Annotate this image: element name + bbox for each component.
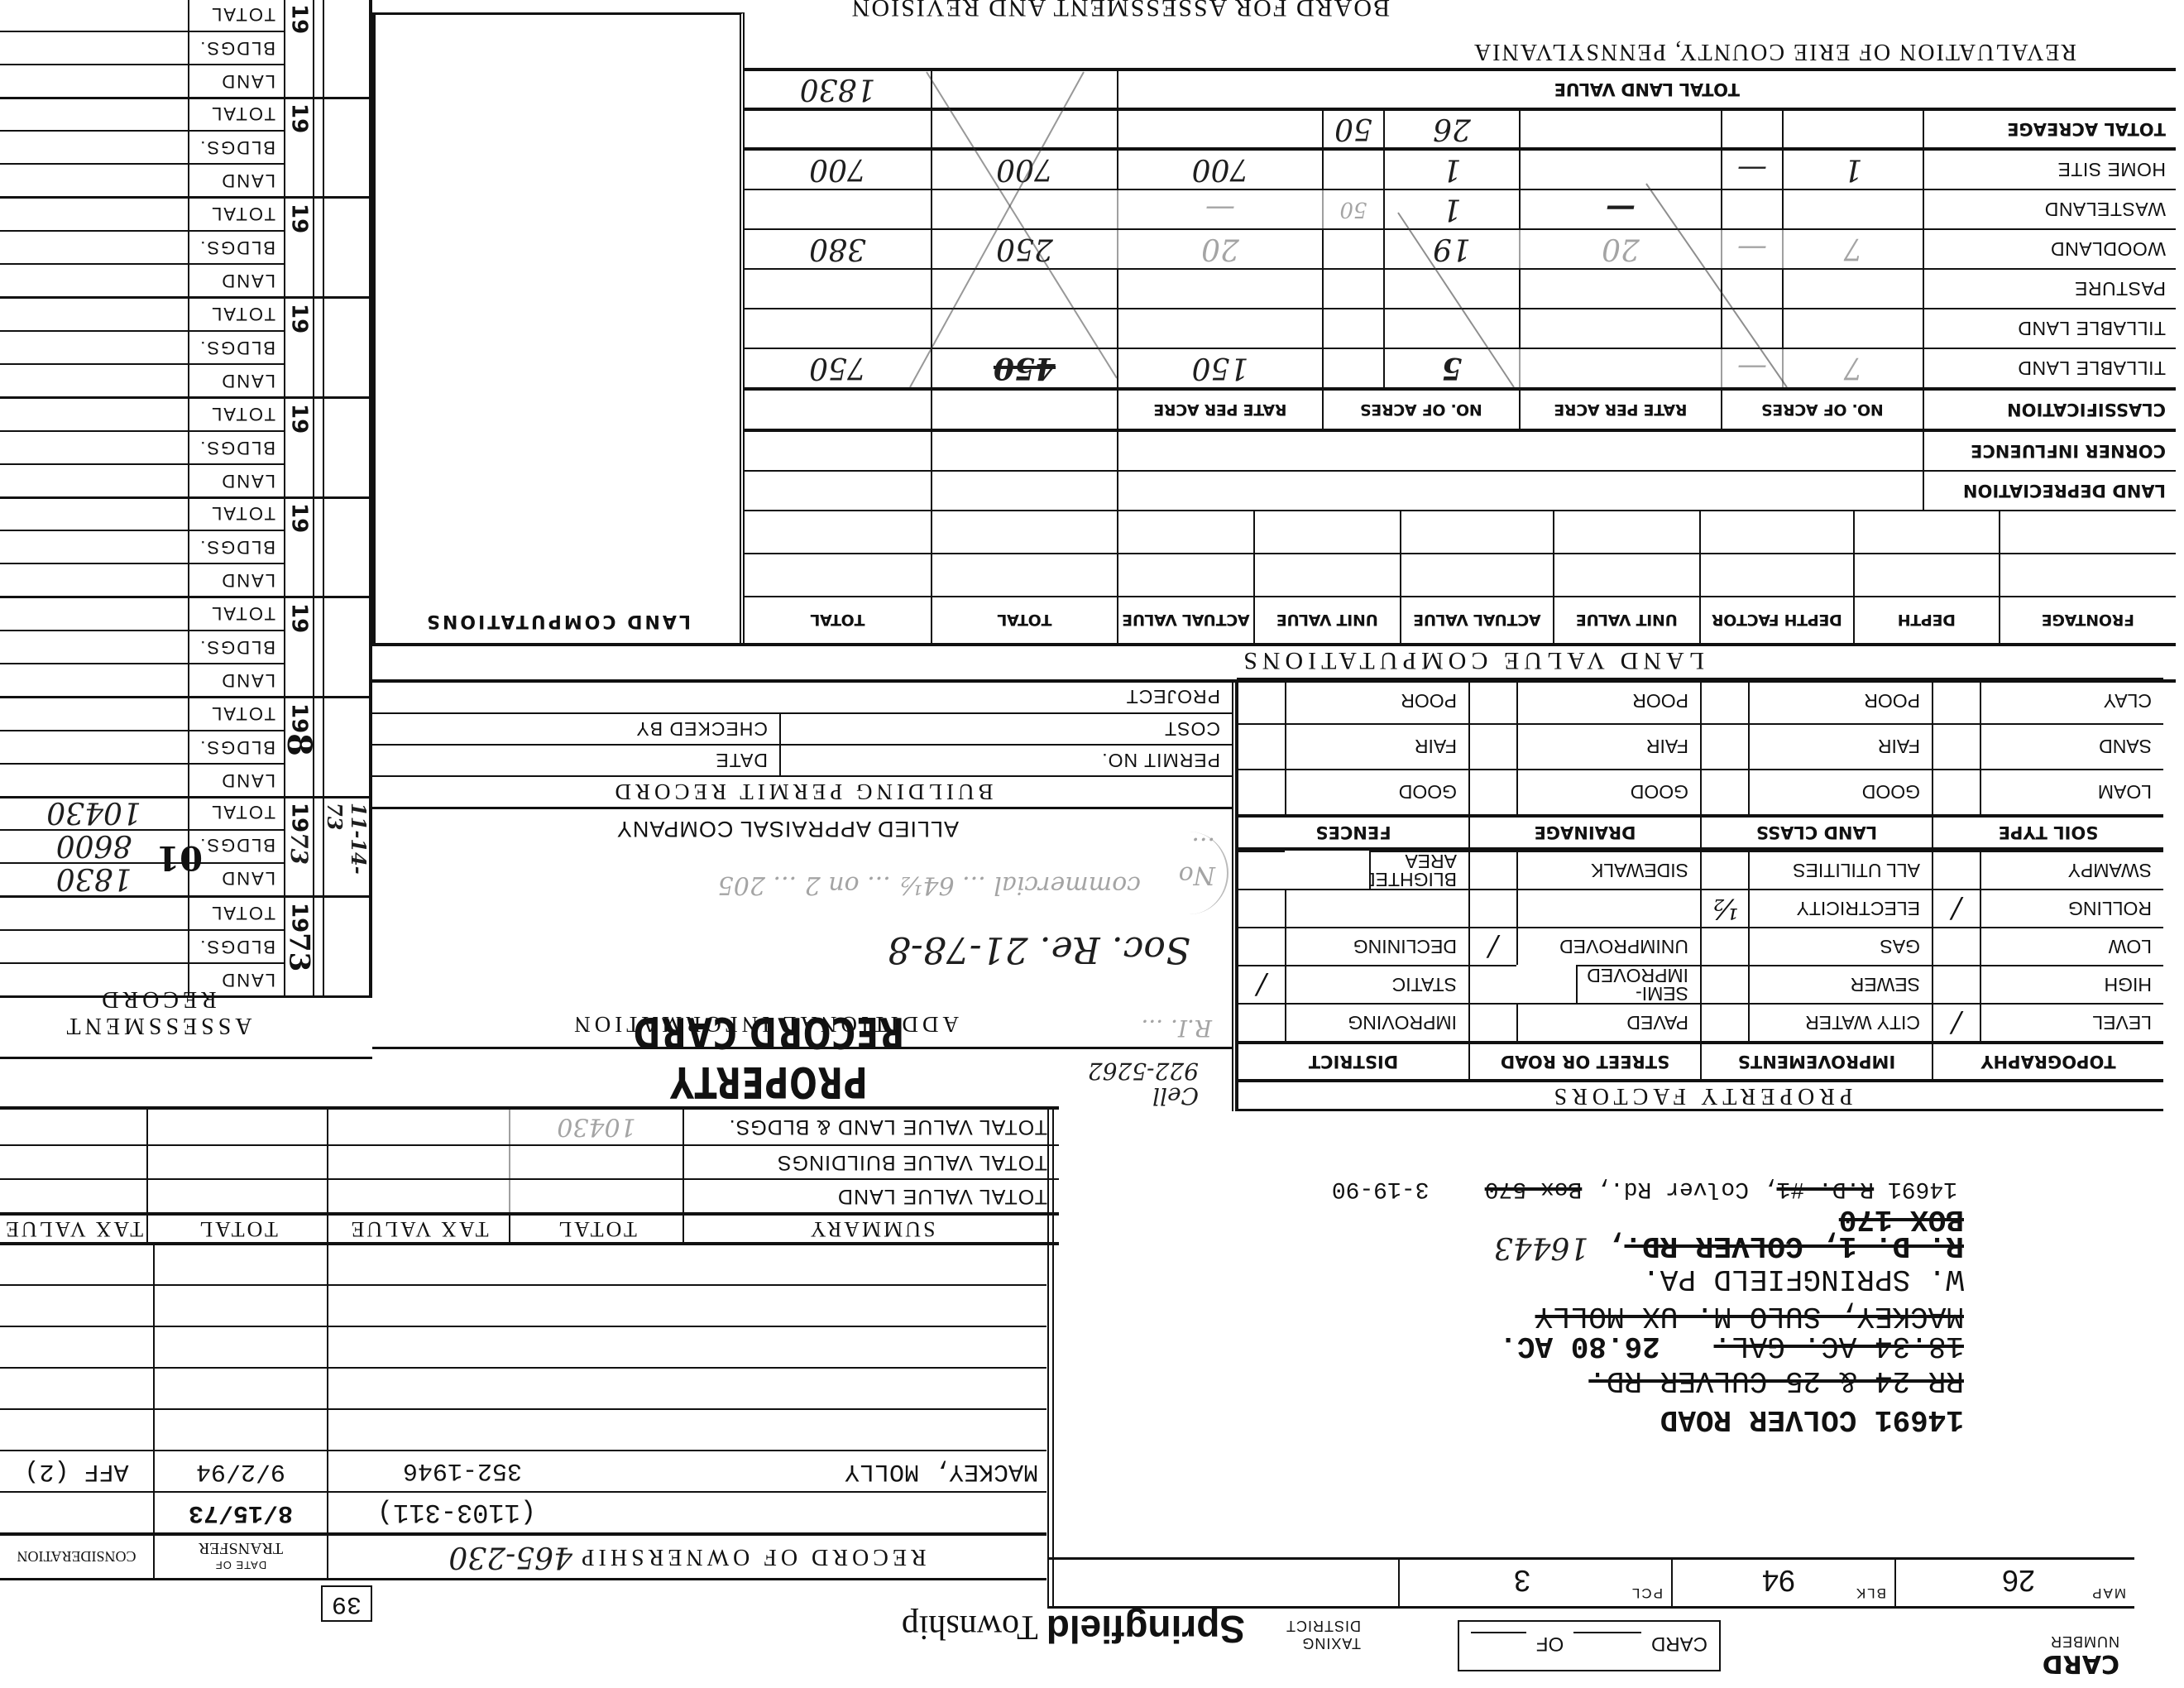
address-text: 14691 COLVER ROAD [1660,1403,1964,1436]
appraiser-name: ALLIED APPRAISAL COMPANY [616,816,959,842]
ownership-row [0,1284,1046,1326]
blank-cell [1049,1560,1398,1606]
total-label: TOTAL [188,795,284,829]
assessment-year-cell: 19 [284,0,314,97]
handwritten-note: Soc. Re. 21-78-8 [888,928,1190,971]
assessment-bldgs-row: BLDGS. [0,430,284,463]
ownership-row [0,1367,1046,1408]
year-prefix: 19 [287,503,312,533]
check-mark [1932,927,1980,965]
check-mark [1237,678,1285,723]
summary-tax-value [0,1146,146,1178]
summary-total [509,1180,682,1212]
building-permit-title: BUILDING PERMIT RECORD [372,777,1232,807]
land-label: LAND [188,165,284,196]
check-mark [1237,1003,1285,1041]
assessment-year-cell: 19 [284,399,314,496]
record-of-ownership-table: RECORD OF OWNERSHIP 465-230 DATE OF TRAN… [0,1243,1046,1580]
check-mark [1700,1003,1748,1041]
cost-label: COST [779,714,1232,744]
ownership-row: MACKEY, MOLLY352-1946 9/2/94 AFF (2) [0,1450,1046,1491]
assessment-total-row: TOTAL [0,496,284,530]
summary-total: 10430 [509,1110,682,1144]
transfer-label: TRANSFER [199,1541,283,1557]
district-label: DISTRICT [1286,1617,1361,1634]
check-mark [1932,723,1980,769]
ownership-title: RECORD OF OWNERSHIP [577,1544,927,1571]
assessment-year: 1973 [285,898,313,995]
assessment-group: 19 LAND BLDGS. TOTAL [0,498,372,598]
date-of-transfer-header: DATE OF TRANSFER [153,1536,327,1578]
year-prefix: 19 [287,204,312,233]
owner-cell [327,1327,1046,1367]
address-line-3: 18.34 AC. GAL. 26.80 AC. [1499,1330,1964,1361]
ownership-row: (1103-311) 8/15/73 [0,1491,1046,1532]
bldgs-value [0,232,188,263]
assessment-total-row: TOTAL [0,697,284,730]
assessment-total-row: TOTAL [0,97,284,130]
summary-row: TOTAL VALUE BUILDINGS [0,1144,1059,1178]
factor-label: UNIMPROVED [1516,927,1700,965]
assessment-bldgs-row: BLDGS. [0,530,284,563]
assessment-land-row: LAND [0,763,284,796]
address-line-4: MACKEY, SULO M. UX MOLLY [1535,1300,1964,1331]
factor-label: SEWER [1748,965,1932,1003]
assessment-group: 19 LAND BLDGS. TOTAL [0,0,372,99]
assessment-year: 1973 [285,798,313,895]
land-value [0,564,188,596]
assessment-note-cell [323,299,372,396]
total-value [0,397,188,430]
check-mark [1932,678,1980,723]
bldgs-label: BLDGS. [188,32,284,64]
card-number-label-top: CARD [2043,1650,2119,1676]
ownership-row [0,1408,1046,1450]
summary-label: TOTAL VALUE LAND & BLDGS. [682,1110,1059,1144]
bldgs-value [0,132,188,163]
assessment-bldgs-row: BLDGS. [0,730,284,763]
phone-note: Cell 922-5262 [1088,1058,1199,1108]
assessment-record-header: ASSESSMENT RECORD [0,998,372,1059]
check-mark [1700,851,1748,889]
assessment-land-row: LAND1830 [0,862,284,895]
bldgs-value [0,631,188,663]
box-number: 39 [321,1585,372,1622]
assessment-year-cell: 19 [284,98,314,196]
taxing-district-name-rest: Township [902,1608,1038,1646]
assessment-land-row: LAND [0,962,284,995]
tax-value-header: TAX VALUE [0,1216,146,1242]
owner-cell [327,1286,1046,1326]
record-card-center-panel: Cell 922-5262 PROPERTY RECORD CARD R.I. … [372,683,1237,1111]
land-computations-title: LAND COMPUTATIONS [376,611,740,631]
assessment-year-cell: 19 [284,199,314,296]
factor-label [1516,889,1700,927]
land-class-header: LAND CLASS [1700,814,1932,851]
consideration [0,1243,153,1284]
revaluation-heading: REVALUATION OF ERIE COUNTY, PENNSYLVANIA [1473,38,2076,65]
summary-row: TOTAL VALUE LAND & BLDGS. 10430 [0,1110,1059,1144]
assessment-year: 198 [285,698,313,796]
assessment-note-cell [323,399,372,496]
phone-number: 922-5262 [1088,1058,1199,1083]
total-label: TOTAL [188,297,284,330]
check-mark [1700,965,1748,1003]
address-text-struck: RR 24 & 25 CULVER RD. [1588,1364,1964,1398]
assessment-land-row: LAND [0,463,284,496]
deed-book-page: (1103-311) [377,1497,536,1527]
topography-header: TOPOGRAPHY [1932,1041,2163,1079]
total-value [0,97,188,130]
total-label: TOTAL [188,597,284,630]
land-value [0,265,188,296]
assessment-note-cell: 11-14-73 [323,798,372,895]
assessment-land-row: LAND [0,263,284,296]
building-permit-header-row: BUILDING PERMIT RECORD [372,775,1232,807]
year-prefix: 19 [287,404,312,434]
summary-tax-value [327,1180,509,1212]
taxing-district-label: TAXING DISTRICT [1286,1617,1361,1652]
summary-total [146,1110,327,1144]
building-permit-row: COST CHECKED BY [372,712,1232,744]
total-value [0,297,188,330]
check-mark: / [1468,927,1516,965]
total-value: 10430 [0,795,188,829]
circled-note: No ... [1150,832,1228,914]
assessment-total-row: TOTAL [0,597,284,630]
address-date: 3-19-90 [1332,1176,1430,1201]
summary-row: TOTAL VALUE LAND [0,1178,1059,1212]
land-value [0,964,188,995]
land-label: LAND [188,964,284,995]
land-label: LAND [188,564,284,596]
taxing-district-name: SpringfieldTownship [902,1607,1245,1652]
land-value-computations-band: LAND VALUE COMPUTATIONS [372,643,2176,683]
map-value: 26 [2002,1563,2035,1598]
assessment-note-cell [323,698,372,796]
bldgs-label: BLDGS. [188,232,284,263]
ri-note: R.I. ... [1141,1014,1212,1042]
address-text: , Colver Rd., [1596,1176,1776,1201]
address-line-2: RR 24 & 25 CULVER RD. [1588,1364,1964,1396]
check-mark [1468,723,1516,769]
address-line-5: W. SPRINGFIELD PA. [1642,1263,1964,1294]
check-mark [1237,769,1285,814]
total-label: TOTAL [188,896,284,929]
total-label: TOTAL [188,197,284,230]
consideration-header: CONSIDERATION [0,1536,153,1578]
bldgs-label: BLDGS. [188,332,284,363]
address-text: 14691 [1888,1176,1957,1201]
land-label: LAND [188,465,284,496]
assessment-note-cell [323,0,372,97]
assessment-bldgs-row: BLDGS. [0,31,284,64]
assessment-total-row: TOTAL [0,297,284,330]
summary-total [146,1146,327,1178]
assessment-year: 19 [285,199,313,296]
assessment-year: 19 [285,299,313,396]
summary-tax-value [327,1110,509,1144]
total-label: TOTAL [188,397,284,430]
factor-label: ROLLING [1980,889,2163,927]
ownership-title-cell: RECORD OF OWNERSHIP 465-230 [327,1536,1046,1578]
bldgs-value [0,32,188,64]
date-of-label: DATE OF [215,1557,266,1574]
year-prefix: 19 [287,803,312,832]
assessment-land-row: LAND [0,64,284,97]
land-label: LAND [188,265,284,296]
property-record-card: CARD NUMBER CARD OF TAXING DISTRICT Spri… [0,0,2184,1688]
address-text-struck: BOX 170 [1839,1202,1964,1236]
factor-label: LOW [1980,927,2163,965]
land-label: LAND [188,65,284,97]
deed-book-page: 352-1946 [403,1456,522,1484]
owner-name: MACKEY, MOLLY [845,1457,1038,1485]
handwritten-note: commercial ... 64½ ... on 2 ... 205 [718,870,1141,899]
consideration [0,1493,153,1532]
total-header: TOTAL [146,1216,327,1242]
year-prefix: 19 [287,103,312,133]
land-value [0,165,188,196]
owner-cell [327,1410,1046,1450]
factor-label: ELECTRICITY [1748,889,1932,927]
factor-label [1285,889,1468,927]
checked-by-label: CHECKED BY [372,714,779,744]
permit-no-label: PERMIT NO. [779,746,1232,775]
factor-label: GAS [1748,927,1932,965]
assessment-note-cell [323,898,372,995]
project-label: PROJECT [372,680,1232,712]
parcel-id-row: MAP 26 BLK 94 PCL 3 [1049,1557,2134,1609]
factor-label: BLIGHTED AREA [1369,851,1468,889]
factor-label: DECLINING [1285,927,1468,965]
assessment-total-row: TOTAL [0,197,284,230]
assessment-group: 198 LAND BLDGS. TOTAL [0,698,372,798]
factor-label: HIGH [1980,965,2163,1003]
consideration [0,1286,153,1326]
stamp-mark: 01 [156,838,203,877]
phone-label: Cell [1088,1083,1199,1108]
total-value [0,0,188,31]
assessment-land-row: LAND [0,363,284,396]
ownership-row [0,1243,1046,1284]
drainage-label: GOOD [1516,769,1700,814]
check-mark [1237,889,1285,927]
assessment-total-row: TOTAL [0,397,284,430]
year-stamp: 73 [283,933,316,971]
blk-value: 94 [1762,1563,1795,1598]
map-label: MAP [2091,1585,2126,1601]
land-value [0,465,188,496]
additional-information-title: ADDITIONAL INFORMATION [570,1011,959,1037]
transfer-date: 8/15/73 [153,1493,327,1532]
deed-reference: 465-230 [448,1540,572,1574]
year-handwritten: 73 [285,832,313,865]
assessment-note-cell [323,498,372,596]
blk-label: BLK [1855,1585,1886,1601]
land-value-table: FRONTAGE DEPTH DEPTH FACTOR UNIT VALUE A… [745,68,2176,643]
land-class-label: POOR [1748,678,1932,723]
total-value [0,597,188,630]
check-mark [1468,965,1516,1003]
card-number-label: CARD NUMBER [2043,1633,2119,1676]
check-mark: / [1932,889,1980,927]
drainage-label: POOR [1516,678,1700,723]
factor-label: LEVEL [1980,1003,2163,1041]
land-value-computations-title: LAND VALUE COMPUTATIONS [1238,646,1704,674]
transfer-date [153,1327,327,1367]
summary-label: TOTAL VALUE BUILDINGS [682,1146,1059,1178]
assessment-year: 19 [285,0,313,97]
bldgs-label: BLDGS. [188,432,284,463]
check-mark [1237,851,1285,889]
property-factors-table: PROPERTY FACTORS TOPOGRAPHY IMPROVEMENTS… [1237,678,2163,1111]
bldgs-value [0,332,188,363]
address-line-8: 14691 R.D. #1, Colver Rd., Box 570 3-19-… [1332,1172,1957,1204]
year-prefix: 19 [287,4,312,34]
assessment-note-cell [323,199,372,296]
factor-label: ALL UTILITIES [1748,851,1932,889]
address-text-struck: 18.34 AC. GAL. [1714,1329,1964,1363]
pcl-cell: PCL 3 [1398,1560,1671,1606]
address-text-struck: R.D. #1 [1777,1176,1875,1201]
assessment-note-cell [323,98,372,196]
side-note [324,898,369,995]
card-value-field [1573,1632,1641,1652]
zip-handwritten: 16443 [1494,1230,1589,1264]
assessment-year: 19 [285,98,313,196]
blk-cell: BLK 94 [1671,1560,1894,1606]
assessment-land-row: LAND [0,563,284,596]
land-label: LAND [188,765,284,796]
consideration: AFF (2) [0,1451,153,1491]
land-label: LAND [188,664,284,696]
of-label: OF [1536,1632,1564,1655]
bldgs-label: BLDGS. [188,931,284,962]
assessment-group: 11-14-73 1973 LAND1830 BLDGS.8600 TOTAL1… [0,798,372,898]
check-mark: ½ [1700,889,1748,927]
assessment-bldgs-row: BLDGS. [0,630,284,663]
assessment-year: 19 [285,598,313,696]
assessment-group: 19 LAND BLDGS. TOTAL [0,299,372,399]
card-title-band: Cell 922-5262 PROPERTY RECORD CARD [372,1047,1232,1111]
assessment-year-cell: 19 [284,598,314,696]
assessment-year-cell: 1973 [284,898,314,995]
assessment-land-row: LAND [0,163,284,196]
address-text: , [1607,1229,1625,1263]
assessment-total-row: TOTAL [0,896,284,929]
assessment-note-cell [323,598,372,696]
year-stamp: 8 [280,733,318,756]
side-note: 11-14-73 [324,798,369,895]
card-of-box: CARD OF [1458,1620,1721,1671]
assessment-group: 19 LAND BLDGS. TOTAL [0,598,372,698]
total-value [0,496,188,530]
transfer-date [153,1286,327,1326]
check-mark: / [1237,965,1285,1003]
address-text: W. SPRINGFIELD PA. [1642,1262,1964,1296]
check-mark [1700,769,1748,814]
drainage-label: FAIR [1516,723,1700,769]
property-factors-title: PROPERTY FACTORS [1237,1079,2163,1109]
assessment-bldgs-row: BLDGS. [0,230,284,263]
acreage-text: 26.80 AC. [1499,1329,1660,1363]
ownership-row [0,1326,1046,1367]
fences-label: GOOD [1285,769,1468,814]
soil-label: SAND [1980,723,2163,769]
land-label: LAND [188,365,284,396]
of-value-field [1471,1632,1526,1652]
check-mark [1700,723,1748,769]
assessment-bldgs-row: BLDGS. [0,130,284,163]
total-label: TOTAL [188,97,284,130]
bldgs-value [0,531,188,563]
assessment-year-cell: 1973 [284,798,314,895]
transfer-date: 9/2/94 [153,1451,327,1491]
bldgs-label: BLDGS. [188,631,284,663]
summary-header: SUMMARY [682,1216,1059,1242]
transfer-date [153,1369,327,1408]
land-value [0,664,188,696]
check-mark [1932,965,1980,1003]
card-label: CARD [1651,1632,1707,1655]
owner-cell: MACKEY, MOLLY352-1946 [327,1451,1046,1491]
tax-value-header: TAX VALUE [327,1216,509,1242]
owner-cell: (1103-311) [327,1493,1046,1532]
consideration [0,1327,153,1367]
consideration [0,1410,153,1450]
map-cell: MAP 26 [1894,1560,2134,1606]
assessment-year-cell: 19 [284,498,314,596]
address-line-1: 14691 COLVER ROAD [1660,1403,1964,1435]
check-mark [1468,889,1516,927]
ownership-header-row: RECORD OF OWNERSHIP 465-230 DATE OF TRAN… [0,1532,1046,1578]
factor-label: SWAMPY [1980,851,2163,889]
check-mark [1700,927,1748,965]
assessment-year-cell: 198 [284,698,314,796]
factor-label: SIDEWALK [1516,851,1700,889]
total-label: TOTAL [188,0,284,31]
owner-cell [327,1243,1046,1284]
check-mark [1468,851,1516,889]
assessment-bldgs-row: BLDGS. [0,929,284,962]
assessment-bldgs-row: BLDGS.8600 [0,829,284,862]
drainage-header: DRAINAGE [1468,814,1700,851]
additional-information-box: R.I. ... ADDITIONAL INFORMATION Soc. Re.… [372,809,1232,1047]
assessment-bldgs-row: BLDGS. [0,330,284,363]
taxing-label: TAXING [1286,1634,1361,1652]
bldgs-value [0,432,188,463]
building-permit-row: PROJECT [372,680,1232,712]
land-class-label: GOOD [1748,769,1932,814]
assessment-group: 19 LAND BLDGS. TOTAL [0,199,372,299]
fences-label: POOR [1285,678,1468,723]
total-label: TOTAL [188,496,284,530]
improvements-header: IMPROVEMENTS [1700,1041,1932,1079]
date-label: DATE [372,746,779,775]
assessment-year: 19 [285,399,313,496]
land-computations-box: LAND COMPUTATIONS [372,12,745,643]
total-value [0,697,188,730]
factor-label: STATIC [1285,965,1468,1003]
check-mark [1468,678,1516,723]
check-mark [1700,678,1748,723]
factor-label: IMPROVING [1285,1003,1468,1041]
transfer-date [153,1410,327,1450]
bldgs-label: BLDGS. [188,531,284,563]
address-line-7: BOX 170 [1839,1203,1964,1235]
assessment-group: 19 LAND BLDGS. TOTAL [0,399,372,499]
